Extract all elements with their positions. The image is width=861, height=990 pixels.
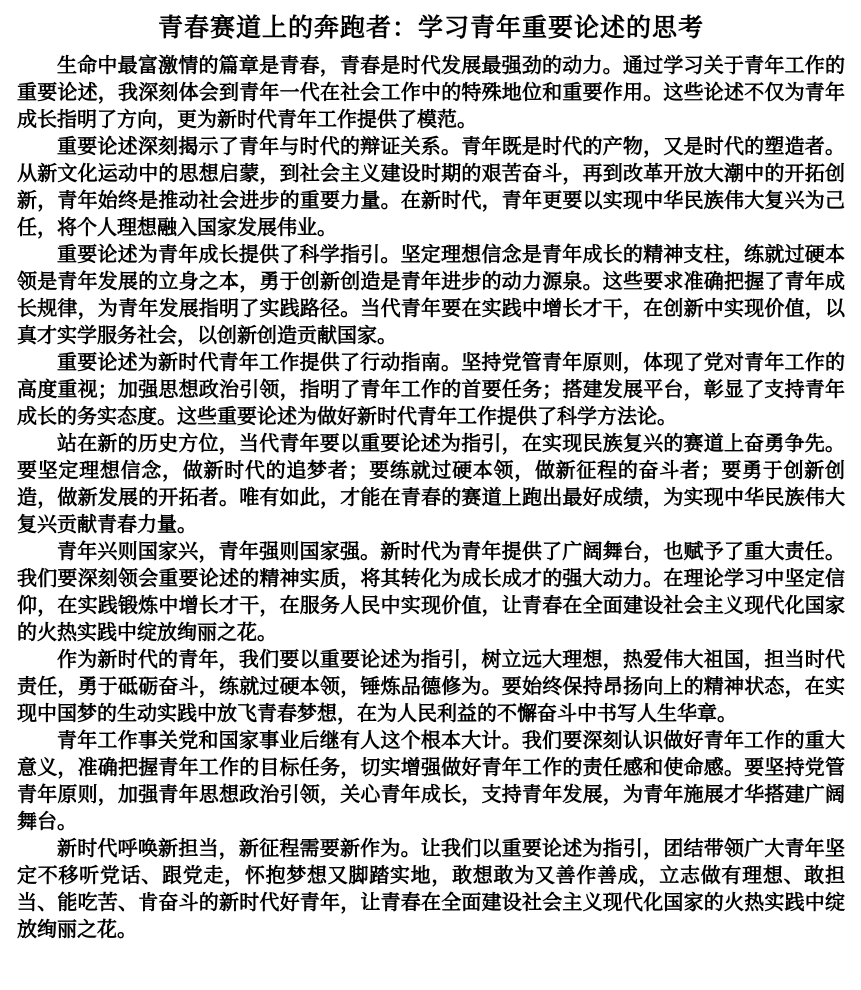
document-title: 青春赛道上的奔跑者：学习青年重要论述的思考 [17,12,845,45]
paragraph: 作为新时代的青年，我们要以重要论述为指引，树立远大理想，热爱伟大祖国，担当时代责… [17,647,845,728]
paragraph: 重要论述为青年成长提供了科学指引。坚定理想信念是青年成长的精神支柱，练就过硬本领… [17,242,845,350]
paragraph: 新时代呼唤新担当，新征程需要新作为。让我们以重要论述为指引，团结带领广大青年坚定… [17,836,845,944]
paragraph: 青年工作事关党和国家事业后继有人这个根本大计。我们要深刻认识做好青年工作的重大意… [17,728,845,836]
paragraph: 青年兴则国家兴，青年强则国家强。新时代为青年提供了广阔舞台，也赋予了重大责任。我… [17,539,845,647]
document-page: 青春赛道上的奔跑者：学习青年重要论述的思考 生命中最富激情的篇章是青春，青春是时… [0,0,861,990]
paragraph: 站在新的历史方位，当代青年要以重要论述为指引，在实现民族复兴的赛道上奋勇争先。要… [17,431,845,539]
paragraph: 重要论述为新时代青年工作提供了行动指南。坚持党管青年原则，体现了党对青年工作的高… [17,350,845,431]
paragraph: 重要论述深刻揭示了青年与时代的辩证关系。青年既是时代的产物，又是时代的塑造者。从… [17,134,845,242]
paragraph: 生命中最富激情的篇章是青春，青春是时代发展最强劲的动力。通过学习关于青年工作的重… [17,53,845,134]
